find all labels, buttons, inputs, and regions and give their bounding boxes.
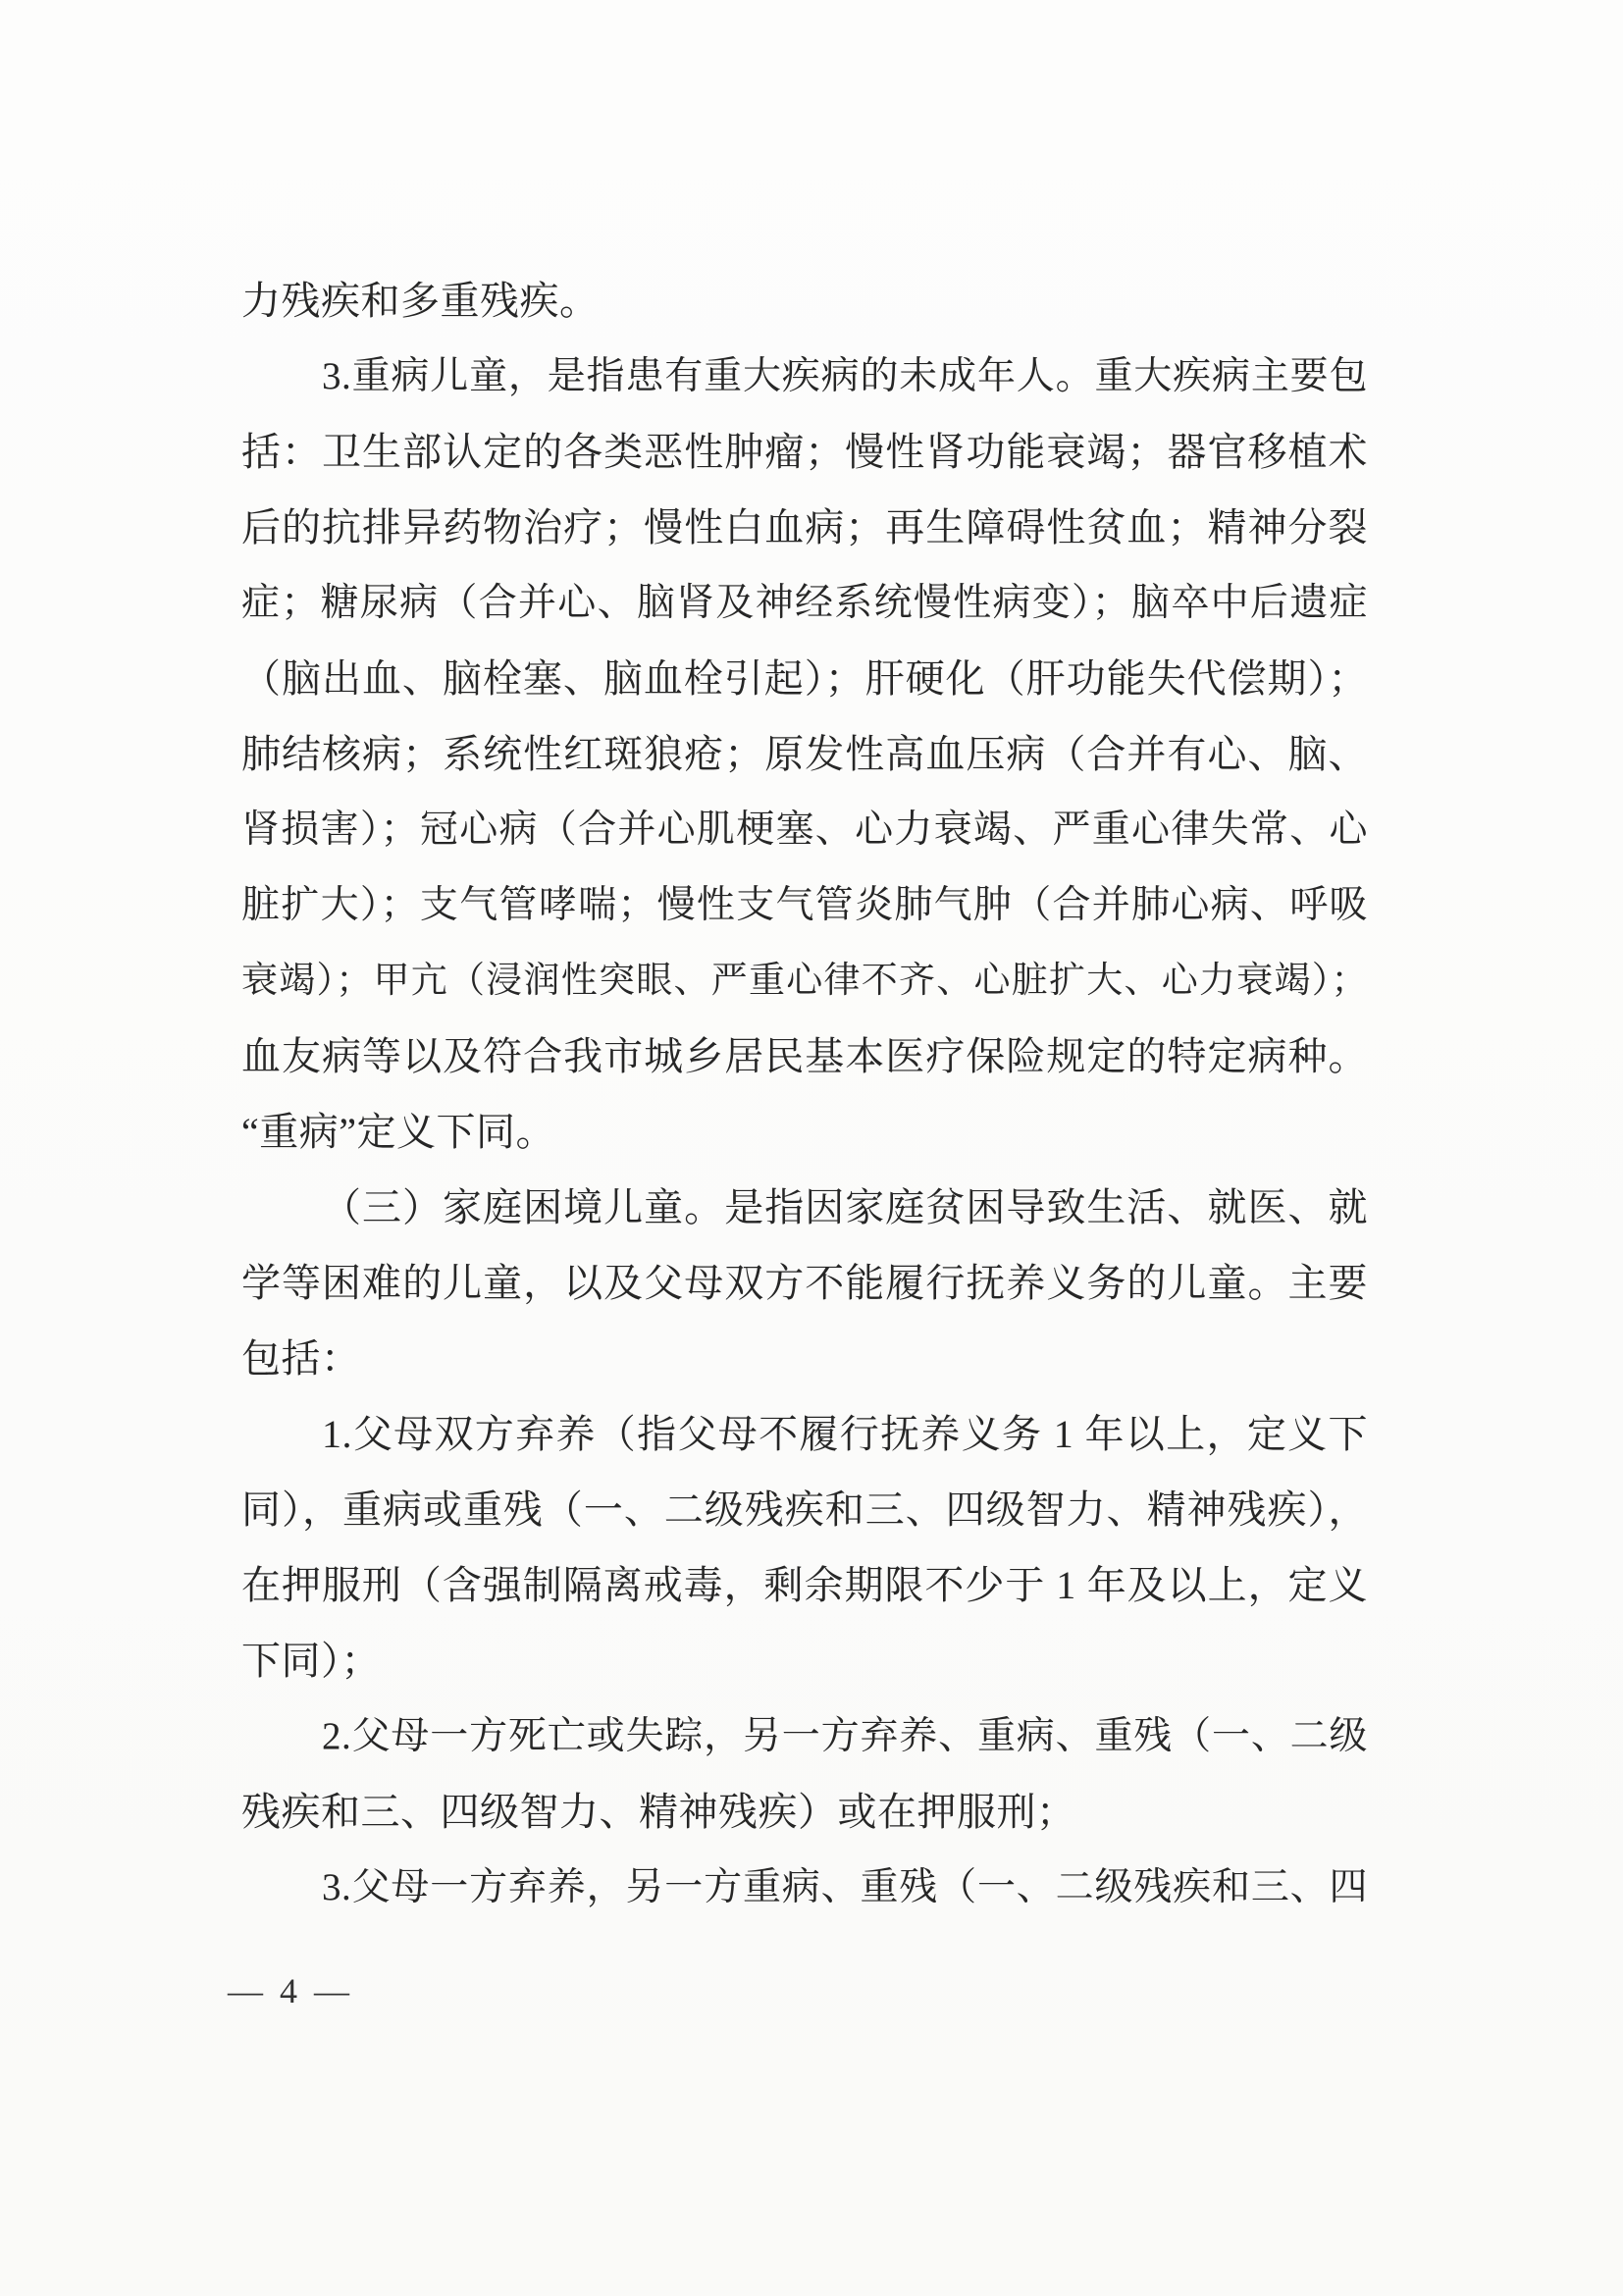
text-line: “重病”定义下同。 [241,1094,1368,1170]
page-number: — 4 — [228,1970,353,2011]
text-line: 脏扩大）；支气管哮喘；慢性支气管炎肺气肿（合并肺心病、呼吸 [241,867,1368,943]
text-line: 同），重病或重残（一、二级残疾和三、四级智力、精神残疾）， [241,1472,1368,1547]
scanned-document-page: 力残疾和多重残疾。 3.重病儿童，是指患有重大疾病的未成年人。重大疾病主要包 括… [0,0,1623,2296]
text-line: 2.父母一方死亡或失踪，另一方弃养、重病、重残（一、二级 [241,1698,1368,1774]
text-line: 在押服刑（含强制隔离戒毒，剩余期限不少于 1 年及以上，定义 [241,1547,1368,1623]
text-line: 血友病等以及符合我市城乡居民基本医疗保险规定的特定病种。 [241,1018,1368,1094]
text-line: （脑出血、脑栓塞、脑血栓引起）；肝硬化（肝功能失代偿期）； [241,641,1368,716]
text-line: 3.父母一方弃养，另一方重病、重残（一、二级残疾和三、四 [241,1850,1368,1925]
text-line: 包括： [241,1321,1368,1396]
text-line: 肾损害）；冠心病（合并心肌梗塞、心力衰竭、严重心律失常、心 [241,792,1368,867]
text-line: （三）家庭困境儿童。是指因家庭贫困导致生活、就医、就 [241,1170,1368,1245]
text-line: 下同）； [241,1623,1368,1698]
text-line: 3.重病儿童，是指患有重大疾病的未成年人。重大疾病主要包 [241,339,1368,414]
document-body: 力残疾和多重残疾。 3.重病儿童，是指患有重大疾病的未成年人。重大疾病主要包 括… [241,263,1368,1925]
text-line: 症；糖尿病（合并心、脑肾及神经系统慢性病变）；脑卒中后遗症 [241,565,1368,641]
text-line: 衰竭）；甲亢（浸润性突眼、严重心律不齐、心脏扩大、心力衰竭）； [241,943,1368,1018]
text-line: 学等困难的儿童，以及父母双方不能履行抚养义务的儿童。主要 [241,1245,1368,1321]
text-line: 括：卫生部认定的各类恶性肿瘤；慢性肾功能衰竭；器官移植术 [241,414,1368,490]
text-line: 力残疾和多重残疾。 [241,263,1368,339]
text-line: 后的抗排异药物治疗；慢性白血病；再生障碍性贫血；精神分裂 [241,490,1368,565]
text-line: 肺结核病；系统性红斑狼疮；原发性高血压病（合并有心、脑、 [241,716,1368,792]
text-line: 1.父母双方弃养（指父母不履行抚养义务 1 年以上，定义下 [241,1396,1368,1472]
text-line: 残疾和三、四级智力、精神残疾）或在押服刑； [241,1774,1368,1850]
